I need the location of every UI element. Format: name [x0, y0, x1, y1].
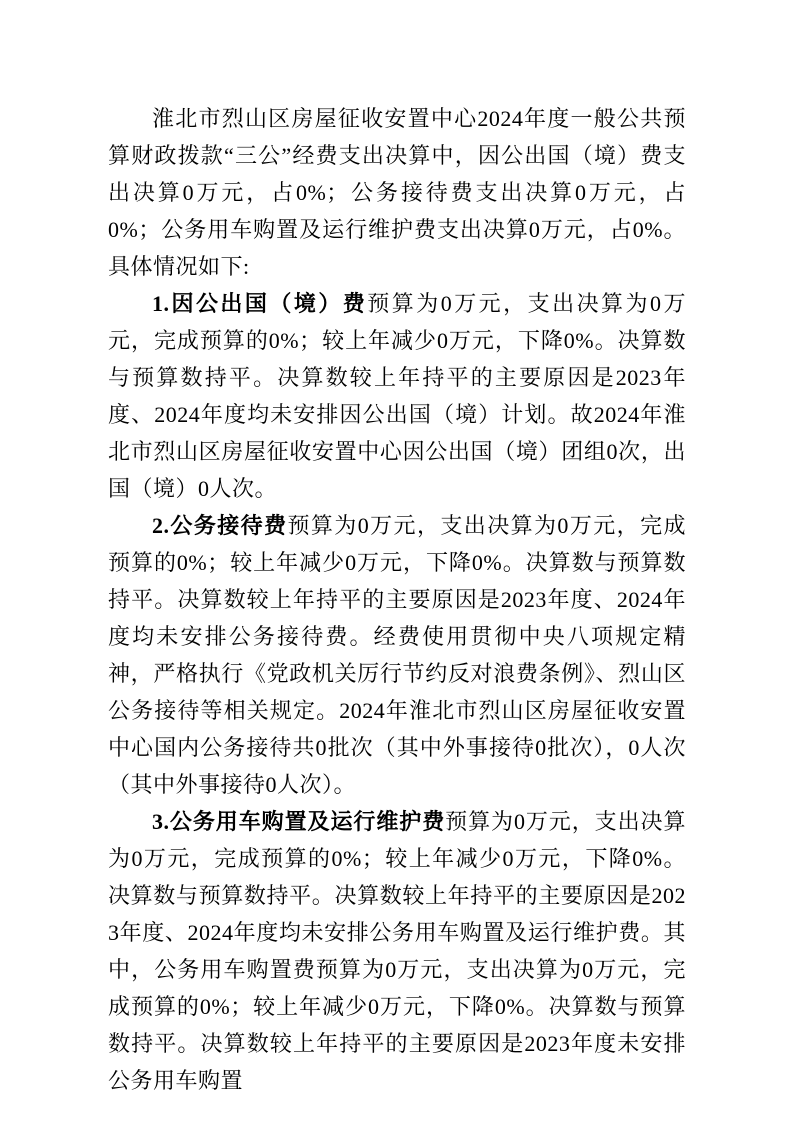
paragraph-item-1-heading: 1.因公出国（境）费 — [152, 291, 367, 316]
paragraph-item-2-text: 预算为0万元，支出决算为0万元，完成预算的0%；较上年减少0万元，下降0%。决算… — [108, 513, 686, 797]
paragraph-item-2-heading: 2.公务接待费 — [152, 513, 287, 538]
paragraph-intro-text: 淮北市烈山区房屋征收安置中心2024年度一般公共预算财政拨款“三公”经费支出决算… — [108, 106, 686, 279]
paragraph-intro: 淮北市烈山区房屋征收安置中心2024年度一般公共预算财政拨款“三公”经费支出决算… — [108, 100, 686, 285]
document-page: 淮北市烈山区房屋征收安置中心2024年度一般公共预算财政拨款“三公”经费支出决算… — [0, 0, 793, 1122]
document-body: 淮北市烈山区房屋征收安置中心2024年度一般公共预算财政拨款“三公”经费支出决算… — [108, 100, 686, 1099]
paragraph-item-2: 2.公务接待费预算为0万元，支出决算为0万元，完成预算的0%；较上年减少0万元，… — [108, 507, 686, 803]
paragraph-item-1-text: 预算为0万元，支出决算为0万元，完成预算的0%；较上年减少0万元，下降0%。决算… — [108, 291, 686, 501]
paragraph-item-1: 1.因公出国（境）费预算为0万元，支出决算为0万元，完成预算的0%；较上年减少0… — [108, 285, 686, 507]
paragraph-item-3-heading: 3.公务用车购置及运行维护费 — [152, 809, 445, 834]
paragraph-item-3-text: 预算为0万元，支出决算为0万元，完成预算的0%；较上年减少0万元，下降0%。决算… — [108, 809, 686, 1093]
paragraph-item-3: 3.公务用车购置及运行维护费预算为0万元，支出决算为0万元，完成预算的0%；较上… — [108, 803, 686, 1099]
